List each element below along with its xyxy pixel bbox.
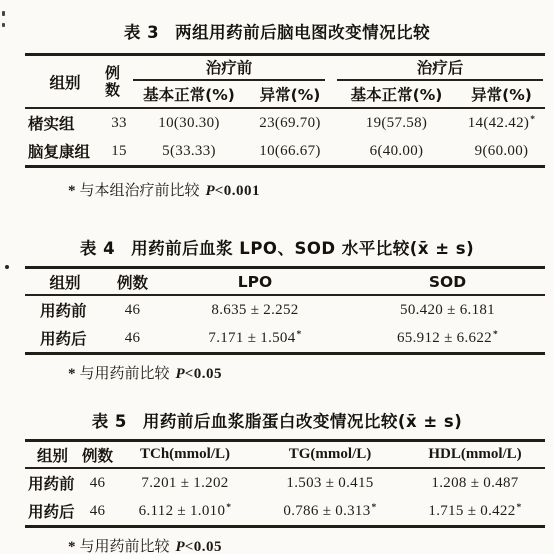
table5-row-after: 用药后 46 6.112 ± 1.010* 0.786 ± 0.313* 1.7… [25,497,545,525]
table5-row2-group: 用药后 [25,500,80,522]
table4: 组别 例数 LPO SOD 用药前 46 8.635 ± 2.252 50.42… [25,266,545,355]
table3-header-post-abnormal: 异常(%) [458,83,545,105]
scanned-paper-page: 表 3两组用药前后脑电图改变情况比较 组别 例 数 治疗前 基本正常(%) 异常… [0,0,554,554]
table5-caption-title: 用药前后血浆脂蛋白改变情况比较(x̄ ± s) [143,412,462,431]
table5-bottom-rule [25,525,545,528]
table5: 组别 例数 TCh(mmol/L) TG(mmol/L) HDL(mmol/L)… [25,439,545,528]
p-value: <0.05 [185,366,222,382]
significance-asterisk: * [297,330,302,340]
table4-header-group: 组别 [25,271,105,293]
table5-row1-n: 46 [80,475,115,492]
significance-asterisk: * [226,503,231,513]
table3-row2-n: 15 [105,143,133,160]
table4-header-sod: SOD [350,273,545,291]
table4-row1-n: 46 [105,302,160,319]
table5-header: 组别 例数 TCh(mmol/L) TG(mmol/L) HDL(mmol/L) [25,442,545,467]
footnote-asterisk: * [68,366,76,382]
table3-row1-post-abnormal: 14(42.42)* [458,115,545,132]
table3-row2-group: 脑复康组 [25,140,105,162]
table3-row2-pre-normal: 5(33.33) [133,143,245,160]
significance-asterisk: * [493,330,498,340]
table3-header-post-normal: 基本正常(%) [335,83,458,105]
footnote-asterisk: * [68,183,76,199]
table3-header-posttreatment-group: 治疗后 基本正常(%) 异常(%) [335,56,545,107]
table3-caption-title: 两组用药前后脑电图改变情况比较 [175,23,430,42]
table5-row1-hdl: 1.208 ± 0.487 [405,475,545,492]
table3-header-posttreatment: 治疗后 [337,56,543,81]
significance-asterisk: * [517,503,522,513]
table4-footnote-text: 与用药前比较 [80,364,170,382]
table3-header-pretreatment: 治疗前 [133,56,325,81]
table3-bottom-rule [25,165,545,168]
table5-footnote-text: 与用药前比较 [80,537,170,554]
footnote-asterisk: * [68,539,76,554]
table5-header-hdl: HDL(mmol/L) [405,446,545,463]
table5-row1-tch: 7.201 ± 1.202 [115,475,255,492]
table3-row1-n: 33 [105,115,133,132]
table4-header-lpo: LPO [160,273,350,291]
table5-row2-tch: 6.112 ± 1.010* [115,503,255,520]
table3-row2-pre-abnormal: 10(66.67) [245,143,335,160]
table4-row-before: 用药前 46 8.635 ± 2.252 50.420 ± 6.181 [25,296,545,324]
table3-header: 组别 例 数 治疗前 基本正常(%) 异常(%) 治疗后 基本正常(%) 异常(… [25,56,545,107]
table5-row1-group: 用药前 [25,472,80,494]
p-value: <0.001 [215,183,260,199]
table4-row-after: 用药后 46 7.171 ± 1.504* 65.912 ± 6.622* [25,324,545,352]
table3-caption-label: 表 3 [124,23,159,42]
table3-footnote: *与本组治疗前比较P<0.001 [68,180,554,201]
table3-footnote-text: 与本组治疗前比较 [80,181,200,199]
p-symbol: P [206,183,215,199]
table3-row1-post-normal: 19(57.58) [335,115,458,132]
table3-header-pre-abnormal: 异常(%) [245,83,335,105]
table3-header-pre-normal: 基本正常(%) [133,83,245,105]
table4-bottom-rule [25,352,545,355]
table5-row1-tg: 1.503 ± 0.415 [255,475,405,492]
table3-caption: 表 3两组用药前后脑电图改变情况比较 [0,0,554,45]
table5-caption-label: 表 5 [92,412,127,431]
table4-caption: 表 4用药前后血浆 LPO、SOD 水平比较(x̄ ± s) [0,237,554,261]
table4-row1-sod: 50.420 ± 6.181 [350,302,545,319]
table3-row2-post-abnormal: 9(60.00) [458,143,545,160]
p-symbol: P [176,539,185,554]
table4-row2-lpo: 7.171 ± 1.504* [160,330,350,347]
table5-caption: 表 5用药前后血浆脂蛋白改变情况比较(x̄ ± s) [0,410,554,434]
table3-row2-post-normal: 6(40.00) [335,143,458,160]
table4-row2-group: 用药后 [25,327,105,349]
table5-row2-tg: 0.786 ± 0.313* [255,503,405,520]
table5-row-before: 用药前 46 7.201 ± 1.202 1.503 ± 0.415 1.208… [25,469,545,497]
table4-row2-n: 46 [105,330,160,347]
table4-row1-lpo: 8.635 ± 2.252 [160,302,350,319]
table3-row-chushi: 楮实组 33 10(30.30) 23(69.70) 19(57.58) 14(… [25,109,545,137]
table4-row2-sod: 65.912 ± 6.622* [350,330,545,347]
table3-row-naofukang: 脑复康组 15 5(33.33) 10(66.67) 6(40.00) 9(60… [25,137,545,165]
scan-speck [2,23,5,27]
table4-header: 组别 例数 LPO SOD [25,269,545,294]
table3: 组别 例 数 治疗前 基本正常(%) 异常(%) 治疗后 基本正常(%) 异常(… [25,53,545,168]
p-value: <0.05 [185,539,222,554]
table5-header-group: 组别 [25,444,80,466]
table5-row2-n: 46 [80,503,115,520]
table4-row1-group: 用药前 [25,299,105,321]
table4-caption-title: 用药前后血浆 LPO、SOD 水平比较(x̄ ± s) [131,239,474,258]
table4-caption-label: 表 4 [80,239,115,258]
significance-asterisk: * [530,115,535,125]
scan-speck [2,11,5,16]
scan-dot [5,265,9,269]
table4-footnote: *与用药前比较P<0.05 [68,363,554,384]
table3-row1-pre-abnormal: 23(69.70) [245,115,335,132]
p-symbol: P [176,366,185,382]
table5-header-tch: TCh(mmol/L) [115,446,255,463]
table3-header-pretreatment-group: 治疗前 基本正常(%) 异常(%) [133,56,335,107]
table5-header-tg: TG(mmol/L) [255,446,405,463]
significance-asterisk: * [372,503,377,513]
table5-footnote: *与用药前比较P<0.05 [68,536,554,554]
table3-header-n: 例 数 [105,56,133,107]
table3-row1-pre-normal: 10(30.30) [133,115,245,132]
table3-row1-group: 楮实组 [25,112,105,134]
table5-row2-hdl: 1.715 ± 0.422* [405,503,545,520]
table5-header-n: 例数 [80,444,115,466]
table4-header-n: 例数 [105,271,160,293]
table3-header-group: 组别 [25,56,105,107]
